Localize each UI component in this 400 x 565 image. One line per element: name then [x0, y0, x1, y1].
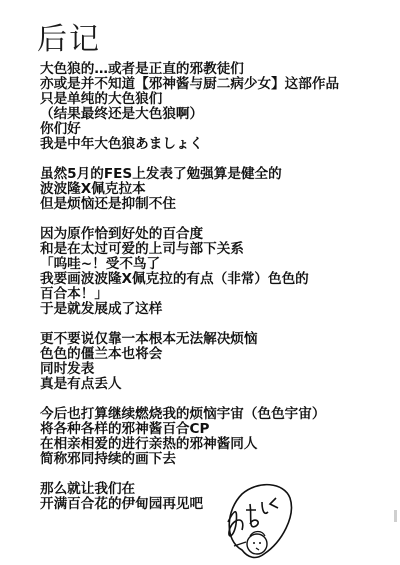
paragraph-4: 更不要说仅靠一本根本无法解决烦恼 色色的僵兰本也将会 同时发表 真是有点丢人 [40, 332, 400, 392]
text-line: 在相亲相爱的进行亲热的邪神酱同人 [40, 437, 400, 452]
text-line: （结果最终还是大色狼啊） [40, 107, 400, 122]
text-line: 今后也打算继续燃烧我的烦恼宇宙（色色宇宙） [40, 407, 400, 422]
text-line: 因为原作恰到好处的百合度 [40, 227, 400, 242]
text-line: 更不要说仅靠一本根本无法解决烦恼 [40, 332, 400, 347]
text-line: 真是有点丢人 [40, 377, 400, 392]
paragraph-gap [40, 212, 400, 227]
paragraph-gap [40, 152, 400, 167]
paragraph-gap [40, 392, 400, 407]
text-line: 「呜哇~！受不鸟了 [40, 257, 400, 272]
text-line: 同时发表 [40, 362, 400, 377]
text-line: 将各种各样的邪神酱百合CP [40, 422, 400, 437]
text-line: 亦或是并不知道【邪神酱与厨二病少女】这部作品 [40, 77, 400, 92]
text-line: 于是就发展成了这样 [40, 302, 400, 317]
text-line: 色色的僵兰本也将会 [40, 347, 400, 362]
text-line: 但是烦恼还是抑制不住 [40, 197, 400, 212]
afterword-body: 大色狼的…或者是正直的邪教徒们 亦或是并不知道【邪神酱与厨二病少女】这部作品 只… [40, 62, 400, 512]
text-line: 大色狼的…或者是正直的邪教徒们 [40, 62, 400, 77]
text-line: 简称邪同持续的画下去 [40, 452, 400, 467]
text-line: 和是在太过可爱的上司与部下关系 [40, 242, 400, 257]
text-line: 百合本！」 [40, 287, 400, 302]
paragraph-5: 今后也打算继续燃烧我的烦恼宇宙（色色宇宙） 将各种各样的邪神酱百合CP 在相亲相… [40, 407, 400, 467]
paragraph-3: 因为原作恰到好处的百合度 和是在太过可爱的上司与部下关系 「呜哇~！受不鸟了 我… [40, 227, 400, 317]
text-line: 我是中年大色狼あましょく [40, 137, 400, 152]
paragraph-1: 大色狼的…或者是正直的邪教徒们 亦或是并不知道【邪神酱与厨二病少女】这部作品 只… [40, 62, 400, 152]
text-line: 波波隆X佩克拉本 [40, 182, 400, 197]
text-line: 只是单纯的大色狼们 [40, 92, 400, 107]
paragraph-gap [40, 317, 400, 332]
page-title: 后记 [37, 14, 101, 58]
page-edge-mark [394, 510, 397, 522]
text-line: 我要画波波隆X佩克拉的有点（非常）色色的 [40, 272, 400, 287]
text-line: 虽然5月的FES上发表了勉强算是健全的 [40, 167, 400, 182]
text-line: 你们好 [40, 122, 400, 137]
paragraph-2: 虽然5月的FES上发表了勉强算是健全的 波波隆X佩克拉本 但是烦恼还是抑制不住 [40, 167, 400, 212]
author-signature-doodle-icon [212, 480, 302, 565]
